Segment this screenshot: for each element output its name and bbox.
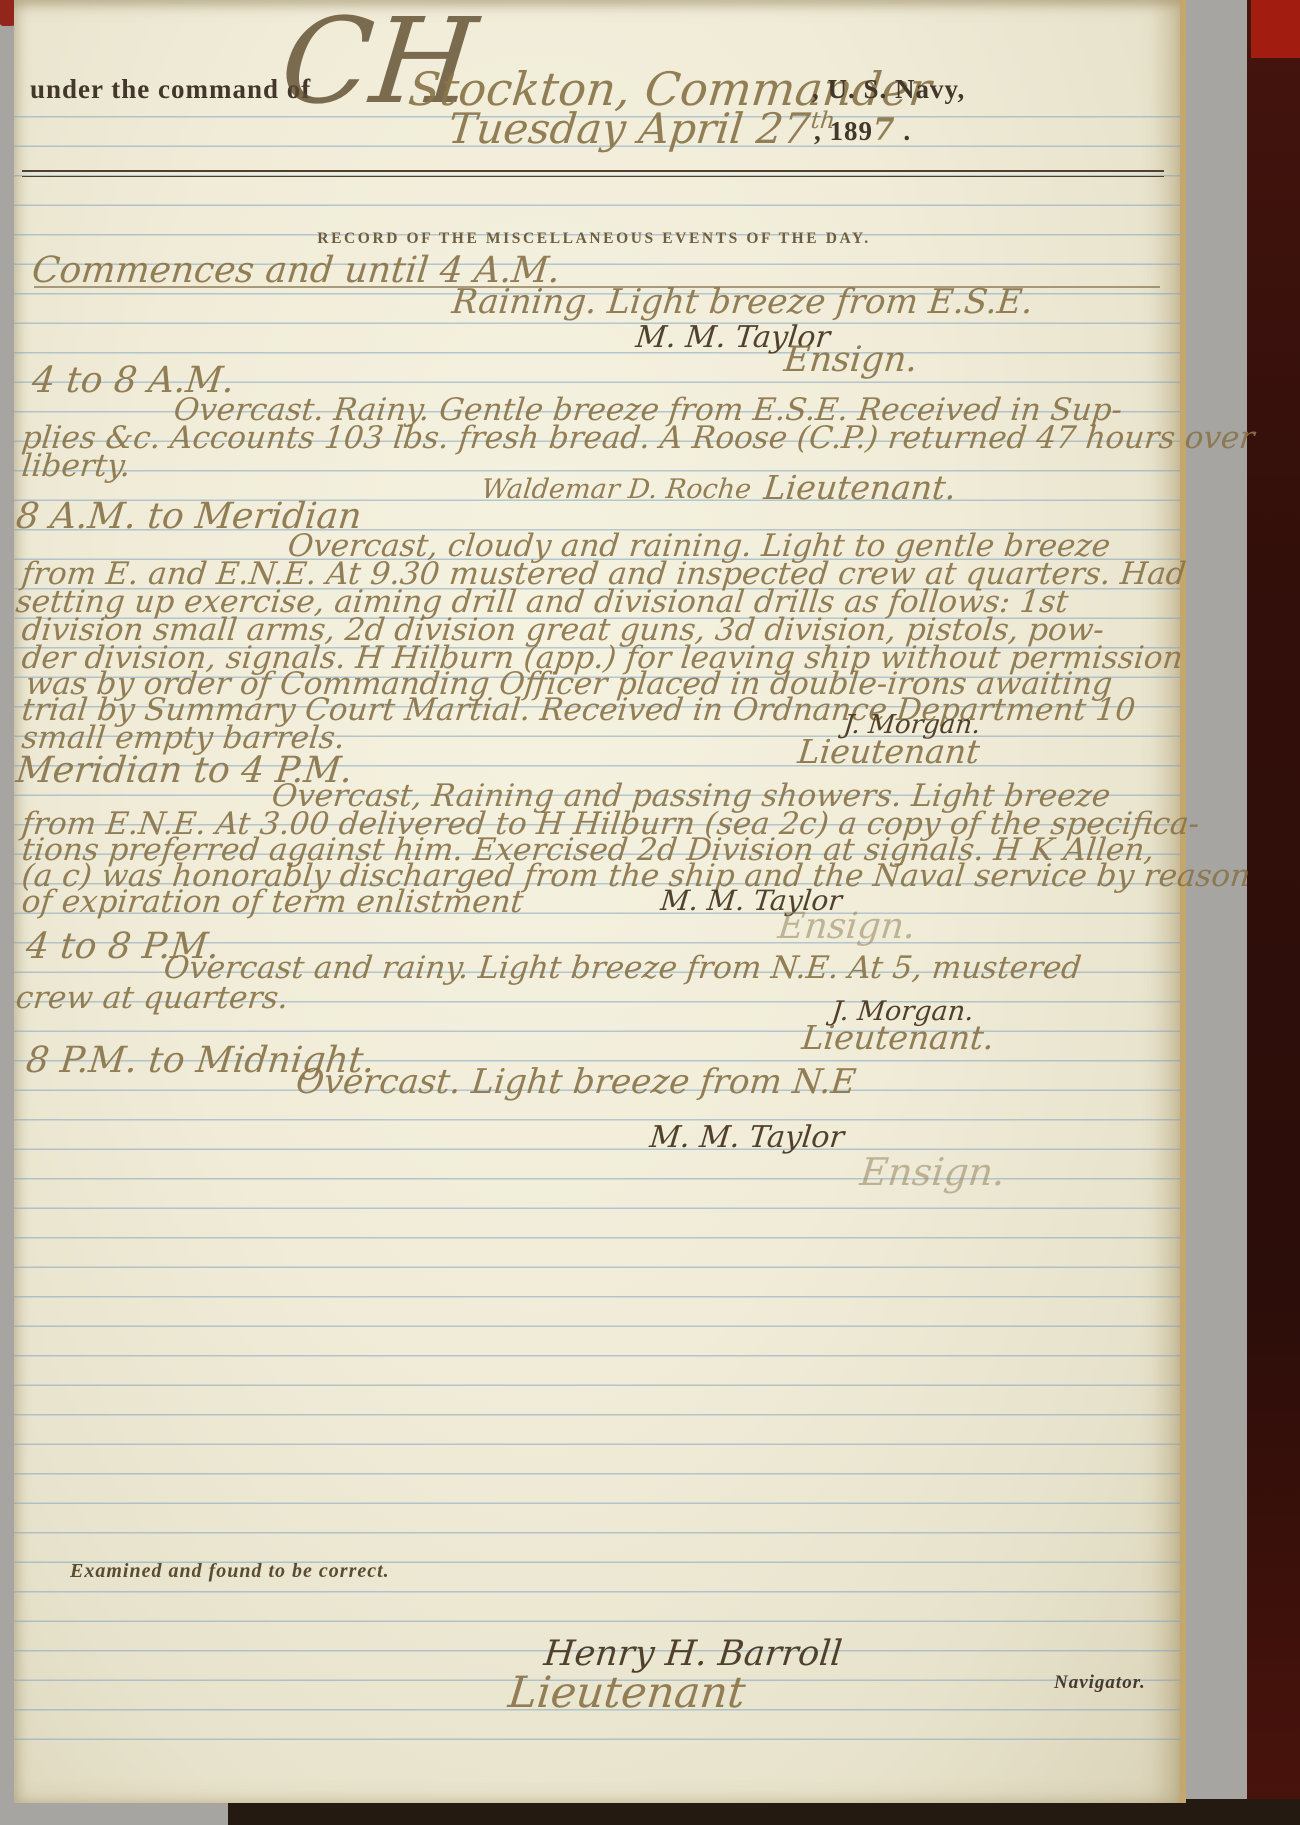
watch-officer-rank: Lieutenant xyxy=(796,732,982,771)
adjacent-book-spine-red-label xyxy=(1251,0,1300,58)
printed-us-navy: , U. S. Navy, xyxy=(812,74,965,105)
examined-note: Examined and found to be correct. xyxy=(70,1560,390,1583)
entry-line: liberty. xyxy=(20,448,132,484)
logbook-photo: under the command of CH Stockton, Comman… xyxy=(0,0,1300,1825)
entry-line: Raining. Light breeze from E.S.E. xyxy=(450,282,1035,322)
date-handwritten: Tuesday April 27th xyxy=(446,104,837,153)
printed-command-prefix: under the command of xyxy=(30,74,311,105)
year-handwritten-digit: 7 xyxy=(873,112,896,148)
entry-line: Overcast. Light breeze from N.E xyxy=(294,1062,858,1102)
watch-officer-rank: Ensign. xyxy=(858,1150,1007,1194)
watch-officer-rank: Ensign. xyxy=(776,906,917,947)
entry-line: plies &c. Accounts 103 lbs. fresh bread.… xyxy=(20,420,1256,456)
watch-officer-rank: Lieutenant. xyxy=(762,468,958,507)
entry-line: Overcast and rainy. Light breeze from N.… xyxy=(162,950,1083,986)
watch-officer-rank: Ensign. xyxy=(782,340,920,380)
watch-officer-rank: Lieutenant. xyxy=(800,1018,996,1057)
adjacent-book-spine xyxy=(1247,0,1300,1825)
entry-line: of expiration of term enlistment xyxy=(20,884,525,920)
year-line: , 1897 . xyxy=(814,112,911,148)
watch-officer-signature: M. M. Taylor xyxy=(648,1120,846,1155)
header-double-rule xyxy=(22,170,1164,177)
entry-line: crew at quarters. xyxy=(14,980,290,1016)
record-title: RECORD OF THE MISCELLANEOUS EVENTS OF TH… xyxy=(14,230,1174,248)
logbook-page: under the command of CH Stockton, Comman… xyxy=(14,0,1186,1803)
navigator-signature-rank: Lieutenant xyxy=(506,1668,748,1718)
watch-officer-signature: Waldemar D. Roche xyxy=(480,474,753,505)
printed-navigator-label: Navigator. xyxy=(1054,1672,1146,1694)
